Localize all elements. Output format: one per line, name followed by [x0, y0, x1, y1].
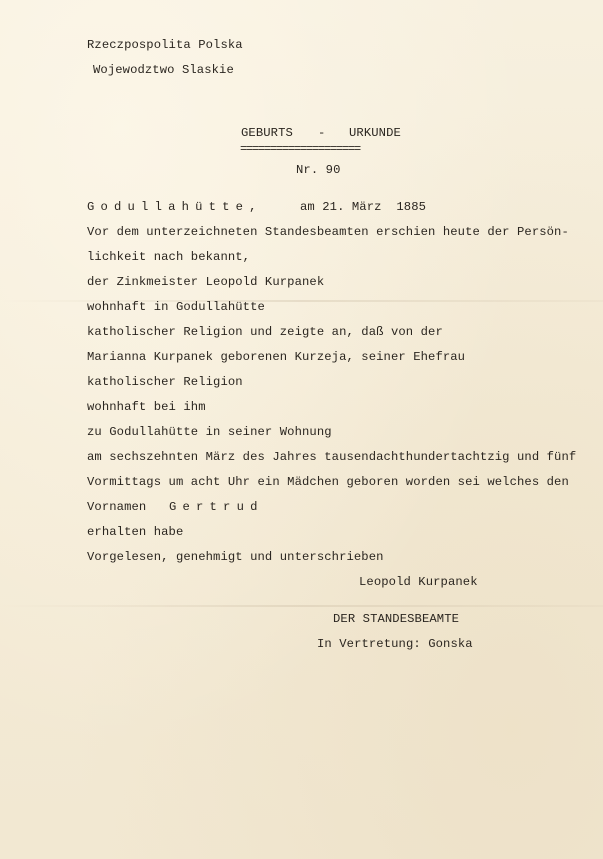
certificate-number: Nr. 90	[296, 163, 340, 177]
title-dash: -	[318, 126, 325, 140]
paper-fold	[0, 605, 603, 607]
body-line: wohnhaft in Godullahütte	[87, 300, 265, 314]
date: am 21. März 1885	[300, 200, 426, 214]
body-line: der Zinkmeister Leopold Kurpanek	[87, 275, 324, 289]
body-line: Marianna Kurpanek geborenen Kurzeja, sei…	[87, 350, 465, 364]
body-line: Vormittags um acht Uhr ein Mädchen gebor…	[87, 475, 569, 489]
body-line: am sechszehnten März des Jahres tausenda…	[87, 450, 576, 464]
region-heading: Wojewodztwo Slaskie	[93, 63, 234, 77]
place: Godullahütte,	[87, 200, 263, 214]
registrar-title: DER STANDESBEAMTE	[333, 612, 459, 626]
title-underline: ====================	[240, 142, 360, 156]
body-line: Vor dem unterzeichneten Standesbeamten e…	[87, 225, 569, 239]
body-line: wohnhaft bei ihm	[87, 400, 206, 414]
body-line: katholischer Religion und zeigte an, daß…	[87, 325, 443, 339]
closing-line: erhalten habe	[87, 525, 183, 539]
title-word-1: GEBURTS	[241, 126, 293, 140]
closing-line: Vorgelesen, genehmigt und unterschrieben	[87, 550, 384, 564]
body-line: lichkeit nach bekannt,	[87, 250, 250, 264]
given-name: Gertrud	[169, 500, 264, 514]
informant-signature: Leopold Kurpanek	[359, 575, 478, 589]
body-line: katholischer Religion	[87, 375, 243, 389]
registrar-signature: In Vertretung: Gonska	[317, 637, 473, 651]
country-heading: Rzeczpospolita Polska	[87, 38, 243, 52]
title-word-2: URKUNDE	[349, 126, 401, 140]
body-line: zu Godullahütte in seiner Wohnung	[87, 425, 332, 439]
given-name-label: Vornamen	[87, 500, 146, 514]
